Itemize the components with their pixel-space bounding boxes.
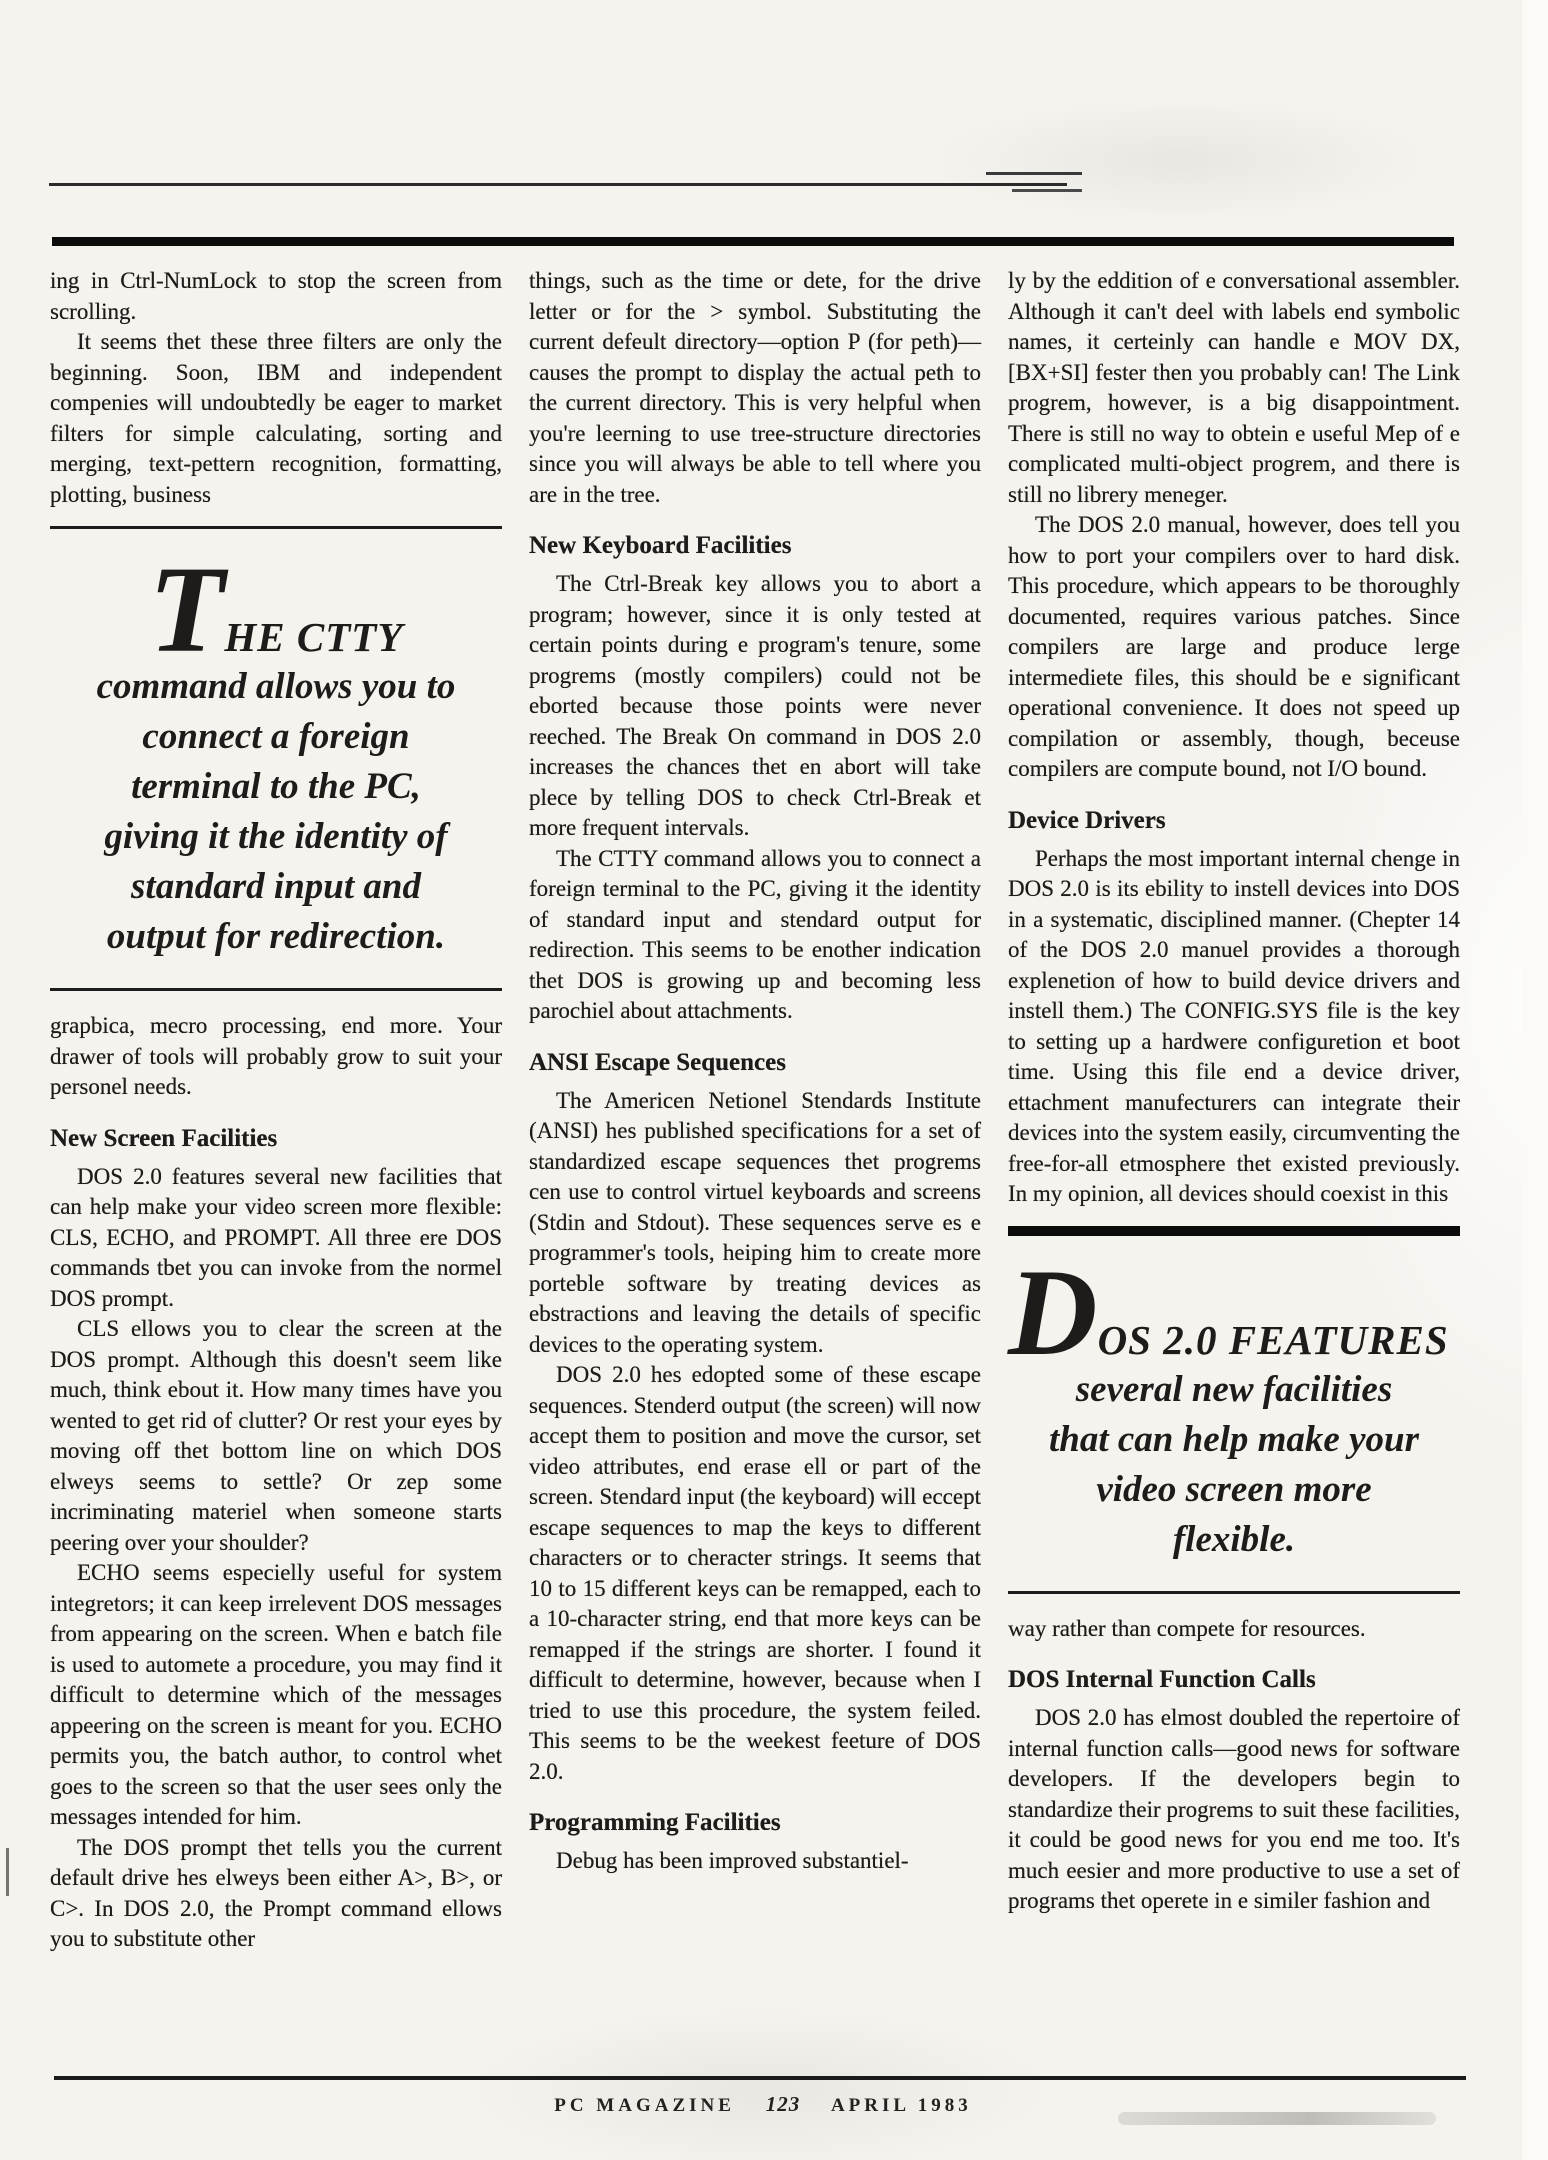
pull-quote-lead: HE CTTY	[224, 613, 403, 661]
drop-cap: T	[149, 557, 223, 662]
body-paragraph: The Americen Netionel Stendards Institut…	[529, 1086, 981, 1361]
body-paragraph: It seems thet these three filters are on…	[50, 327, 502, 510]
body-paragraph: things, such as the time or dete, for th…	[529, 266, 981, 510]
body-paragraph: way rather than compete for resources.	[1008, 1614, 1460, 1645]
body-paragraph: ECHO seems especielly useful for system …	[50, 1558, 502, 1833]
pull-quote-lead: OS 2.0 FEATURES	[1098, 1316, 1449, 1364]
pull-quote-line: terminal to the PC,	[50, 762, 502, 812]
body-paragraph: Debug has been improved substantiel-	[529, 1846, 981, 1877]
section-heading: Device Drivers	[1008, 806, 1460, 836]
pull-quote-top-rule	[1008, 1226, 1460, 1236]
scan-artifact-dash	[1012, 189, 1082, 192]
section-heading: New Keyboard Facilities	[529, 531, 981, 561]
pull-quote-line: that can help make your	[1008, 1415, 1460, 1465]
body-paragraph: The CTTY command allows you to connect a…	[529, 844, 981, 1027]
header-thick-rule	[52, 237, 1454, 246]
body-paragraph: ing in Ctrl-NumLock to stop the screen f…	[50, 266, 502, 327]
body-paragraph: CLS ellows you to clear the screen at th…	[50, 1314, 502, 1558]
section-heading: Programming Facilities	[529, 1808, 981, 1838]
pull-quote-top-rule	[50, 526, 502, 529]
pull-quote: THE CTTYcommand allows you toconnect a f…	[50, 526, 502, 991]
body-paragraph: The Ctrl-Break key allows you to abort a…	[529, 569, 981, 844]
body-paragraph: The DOS 2.0 manual, however, does tell y…	[1008, 510, 1460, 785]
body-paragraph: The DOS prompt thet tells you the curren…	[50, 1833, 502, 1955]
pull-quote-line: several new facilities	[1008, 1365, 1460, 1415]
drop-cap: D	[1008, 1260, 1096, 1365]
body-paragraph: ly by the eddition of e conversational a…	[1008, 266, 1460, 510]
pull-quote-line: standard input and	[50, 862, 502, 912]
body-paragraph: grapbica, mecro processing, end more. Yo…	[50, 1011, 502, 1103]
scan-artifact-dash	[986, 172, 1082, 175]
scan-artifact-mark	[6, 1848, 9, 1896]
column-1: ing in Ctrl-NumLock to stop the screen f…	[50, 266, 502, 2068]
section-heading: New Screen Facilities	[50, 1124, 502, 1154]
scan-smudge	[1118, 2112, 1436, 2125]
column-2: things, such as the time or dete, for th…	[529, 266, 981, 2068]
body-paragraph: DOS 2.0 hes edopted some of these escape…	[529, 1360, 981, 1787]
pull-quote-line: video screen more	[1008, 1465, 1460, 1515]
pull-quote-first-line: THE CTTY	[50, 557, 502, 662]
pull-quote: DOS 2.0 FEATURESseveral new facilitiesth…	[1008, 1226, 1460, 1594]
pull-quote-first-line: DOS 2.0 FEATURES	[1008, 1260, 1460, 1365]
body-paragraph: DOS 2.0 features several new facilities …	[50, 1162, 502, 1315]
pull-quote-line: command allows you to	[50, 662, 502, 712]
pull-quote-line: connect a foreign	[50, 712, 502, 762]
footer-rule	[54, 2076, 1466, 2080]
issue-date: APRIL 1983	[831, 2095, 972, 2116]
section-heading: DOS Internal Function Calls	[1008, 1665, 1460, 1695]
pull-quote-line: flexible.	[1008, 1515, 1460, 1565]
body-paragraph: Perhaps the most important internal chen…	[1008, 844, 1460, 1210]
column-3: ly by the eddition of e conversational a…	[1008, 266, 1460, 2068]
pull-quote-bottom-rule	[1008, 1591, 1460, 1594]
section-heading: ANSI Escape Sequences	[529, 1048, 981, 1078]
scan-edge	[1522, 0, 1548, 2160]
article-columns: ing in Ctrl-NumLock to stop the screen f…	[50, 266, 1460, 2068]
top-rule	[49, 183, 1067, 186]
page-number: 123	[766, 2092, 801, 2116]
magazine-name: PC MAGAZINE	[554, 2095, 735, 2116]
pull-quote-line: output for redirection.	[50, 912, 502, 962]
pull-quote-line: giving it the identity of	[50, 812, 502, 862]
magazine-page: ing in Ctrl-NumLock to stop the screen f…	[0, 0, 1548, 2160]
pull-quote-bottom-rule	[50, 988, 502, 991]
body-paragraph: DOS 2.0 has elmost doubled the repertoir…	[1008, 1703, 1460, 1917]
